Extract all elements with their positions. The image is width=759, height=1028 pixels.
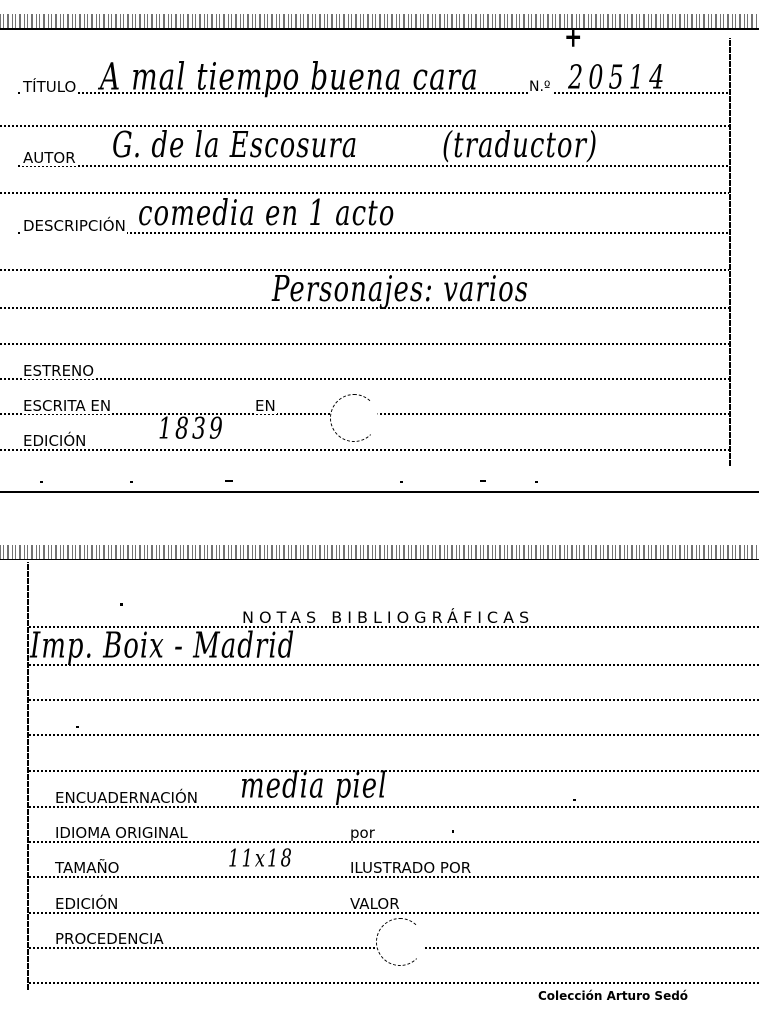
encuadernacion-label: ENCUADERNACIÓN <box>54 791 199 806</box>
scan-speck <box>120 603 123 606</box>
faded-stamp <box>330 394 378 442</box>
idioma-original-label: IDIOMA ORIGINAL <box>54 826 189 841</box>
rule-line <box>29 699 759 701</box>
numero-value: 20514 <box>568 62 669 94</box>
titulo-value: A mal tiempo buena cara <box>100 58 479 96</box>
notes-heading: NOTAS BIBLIOGRÁFICAS <box>242 610 534 626</box>
titulo-label: TÍTULO <box>22 80 77 95</box>
scan-speck <box>452 830 454 833</box>
card-top-edge <box>0 28 759 30</box>
scan-speck <box>130 481 133 483</box>
edicion-label: EDICIÓN <box>22 434 87 449</box>
personajes-value: Personajes: varios <box>272 273 529 308</box>
rule-line <box>29 734 759 736</box>
descripcion-label: DESCRIPCIÓN <box>22 219 127 234</box>
rule-line <box>29 770 759 772</box>
numero-mark: + <box>564 22 583 52</box>
autor-value: G. de la Escosura <box>112 129 358 164</box>
scan-speck <box>573 799 576 801</box>
catalog-card-back: NOTAS BIBLIOGRÁFICAS Imp. Boix - Madrid … <box>0 500 759 1028</box>
card-bottom-edge <box>0 491 759 493</box>
rule-line <box>0 343 729 345</box>
autor-role: (traductor) <box>442 129 598 164</box>
numero-label: N.º <box>528 80 552 94</box>
rule-line <box>29 982 759 984</box>
scan-speck <box>535 481 538 483</box>
scan-noise-band <box>0 545 759 559</box>
card-right-rule <box>729 38 731 466</box>
por-label: por <box>349 826 376 841</box>
estreno-label: ESTRENO <box>22 364 95 379</box>
rule-line <box>0 125 729 127</box>
procedencia-label: PROCEDENCIA <box>54 932 165 947</box>
en-label: EN <box>254 399 277 414</box>
scan-speck <box>400 481 403 483</box>
rule-line <box>0 449 729 451</box>
scan-speck <box>480 480 486 482</box>
escrita-en-label: ESCRITA EN <box>22 399 112 414</box>
ilustrado-por-label: ILUSTRADO POR <box>349 861 472 876</box>
collection-credit: Colección Arturo Sedó <box>538 990 688 1002</box>
autor-label: AUTOR <box>22 151 77 166</box>
scan-noise-band <box>0 14 759 28</box>
edicion-value: 1839 <box>158 416 226 446</box>
tamano-label: TAMAÑO <box>54 861 121 876</box>
catalog-card-front: TÍTULO A mal tiempo buena cara N.º 20514… <box>0 0 759 500</box>
scan-speck <box>76 726 79 728</box>
descripcion-value: comedia en 1 acto <box>138 197 395 232</box>
valor-label: VALOR <box>349 897 401 912</box>
edicion-label: EDICIÓN <box>54 897 119 912</box>
tamano-value: 11x18 <box>228 848 294 872</box>
scan-speck <box>40 481 43 483</box>
card-top-edge <box>0 559 759 560</box>
notes-value: Imp. Boix - Madrid <box>30 629 295 664</box>
faded-stamp <box>376 918 424 966</box>
encuadernacion-value: media piel <box>240 769 387 804</box>
rule-line <box>0 378 729 380</box>
scan-speck <box>225 480 233 482</box>
